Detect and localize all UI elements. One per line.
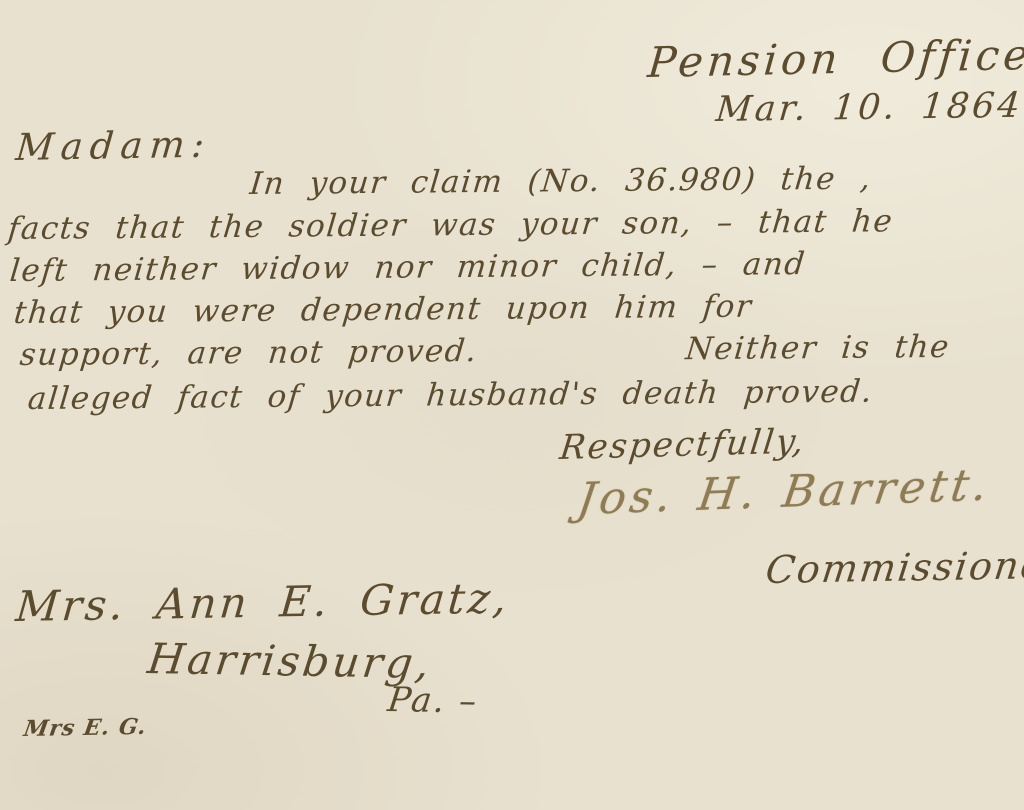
recipient-state: Pa. – — [386, 680, 481, 721]
body-line-5-right: Neither is the — [684, 329, 952, 367]
salutation: Madam: — [14, 123, 213, 169]
body-line-6: alleged fact of your husband's death pro… — [26, 374, 875, 417]
signature-title-commissioner: Commissioner — [763, 543, 1024, 592]
body-line-1: In your claim (No. 36.980) the , — [248, 161, 873, 202]
body-line-5-left: support, are not proved. — [18, 333, 479, 373]
letterhead-date: Mar. 10. 1864. — [714, 85, 1024, 130]
body-line-4: that you were dependent upon him for — [12, 289, 754, 331]
body-line-5: support, are not proved. Neither is the — [18, 329, 951, 373]
letterhead-office: Pension Office. — [646, 30, 1024, 88]
signature-jos-h-barrett: Jos. H. Barrett. — [574, 459, 994, 525]
docket-initials: Mrs E. G. — [22, 714, 149, 742]
body-line-3: left neither widow nor minor child, – an… — [8, 246, 807, 289]
letter-page: Pension Office. Mar. 10. 1864. Madam: In… — [0, 0, 1024, 810]
recipient-name: Mrs. Ann E. Gratz, — [14, 573, 512, 631]
closing-respectfully: Respectfully, — [558, 422, 808, 469]
body-line-2: facts that the soldier was your son, – t… — [6, 202, 1011, 247]
